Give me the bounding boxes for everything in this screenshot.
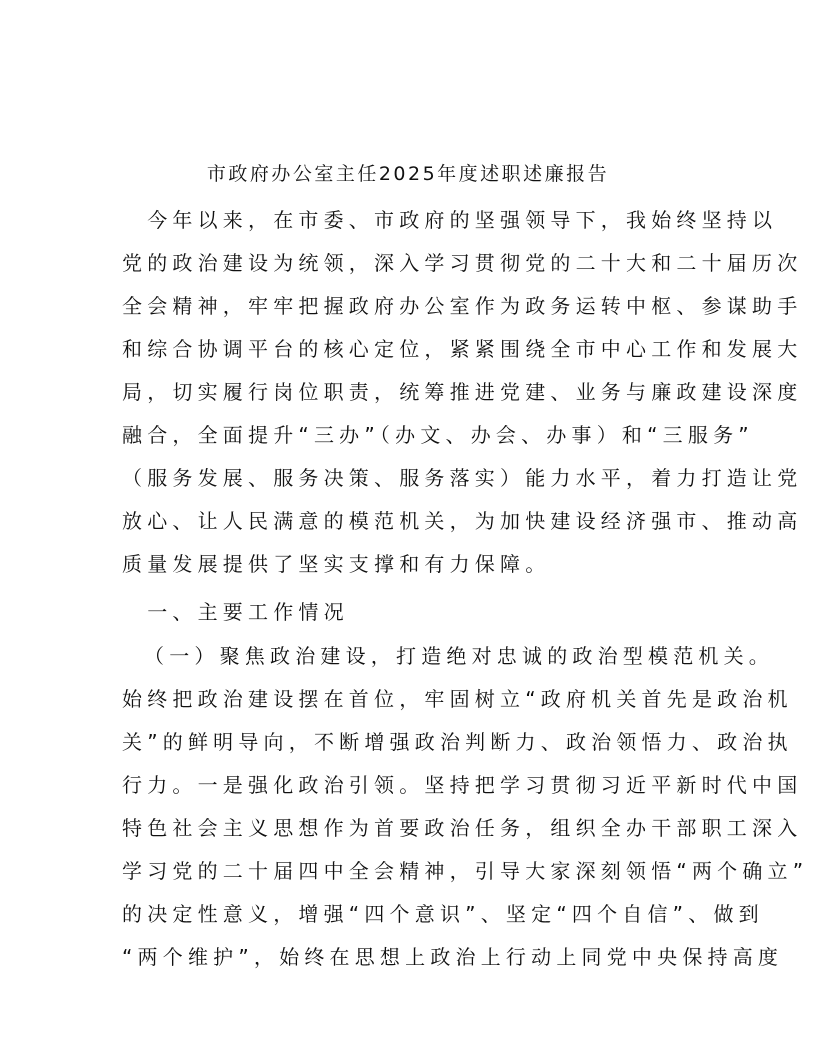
- document-title: 市政府办公室主任2025年度述职述廉报告: [0, 160, 816, 188]
- document-page: 市政府办公室主任2025年度述职述廉报告 今年以来，在市委、市政府的坚强领导下，…: [0, 0, 816, 1056]
- paragraph-line: 和综合协调平台的核心定位，紧紧围绕全市中心工作和发展大: [122, 335, 702, 363]
- paragraph-line: （服务发展、服务决策、服务落实）能力水平，着力打造让党: [122, 464, 702, 492]
- paragraph-line: 关”的鲜明导向，不断增强政治判断力、政治领悟力、政治执: [122, 728, 702, 756]
- paragraph-line: 全会精神，牢牢把握政府办公室作为政务运转中枢、参谋助手: [122, 292, 702, 320]
- paragraph-line: 学习党的二十届四中全会精神，引导大家深刻领悟“两个确立”: [122, 857, 702, 885]
- paragraph-line: 今年以来，在市委、市政府的坚强领导下，我始终坚持以: [122, 206, 702, 234]
- paragraph-line: 局，切实履行岗位职责，统筹推进党建、业务与廉政建设深度: [122, 378, 702, 406]
- subsection-heading: （一）聚焦政治建设，打造绝对忠诚的政治型模范机关。: [144, 642, 724, 670]
- paragraph-line: 特色社会主义思想作为首要政治任务，组织全办干部职工深入: [122, 814, 702, 842]
- paragraph-line: “两个维护”，始终在思想上政治上行动上同党中央保持高度: [122, 943, 702, 971]
- paragraph-line: 融合，全面提升“三办”（办文、办会、办事）和“三服务”: [122, 421, 702, 449]
- paragraph-line: 始终把政治建设摆在首位，牢固树立“政府机关首先是政治机: [122, 685, 702, 713]
- paragraph-line: 放心、让人民满意的模范机关，为加快建设经济强市、推动高: [122, 507, 702, 535]
- section-heading: 一、主要工作情况: [122, 598, 702, 626]
- paragraph-line: 党的政治建设为统领，深入学习贯彻党的二十大和二十届历次: [122, 249, 702, 277]
- paragraph-line: 行力。一是强化政治引领。坚持把学习贯彻习近平新时代中国: [122, 771, 702, 799]
- paragraph-line: 的决定性意义，增强“四个意识”、坚定“四个自信”、做到: [122, 900, 702, 928]
- paragraph-line: 质量发展提供了坚实支撑和有力保障。: [122, 550, 702, 578]
